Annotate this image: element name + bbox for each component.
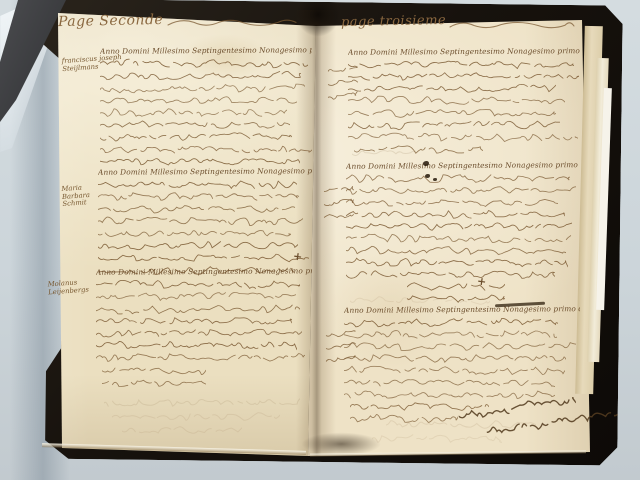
spine-shadow (294, 2, 342, 44)
entry-opening-line: Anno Domini Millesimo Septingentesimo No… (98, 166, 312, 176)
margin-note: MolanusLeijenbergs (48, 279, 90, 297)
cross-mark: + (292, 251, 303, 262)
handwriting-line (102, 378, 206, 389)
handwriting-line (407, 282, 505, 292)
handwriting-line (100, 96, 297, 106)
handwriting-line (100, 120, 290, 130)
handwriting-line (346, 245, 566, 256)
handwriting-line (346, 174, 570, 184)
handwriting-line (100, 83, 305, 94)
handwriting-line (98, 229, 291, 240)
handwriting-line (102, 366, 206, 377)
handwriting-line (346, 257, 568, 268)
handwriting-line (348, 83, 556, 94)
handwriting-line (344, 354, 566, 364)
bleed-through-line (386, 420, 536, 430)
handwriting-line (346, 233, 571, 244)
handwriting-line (98, 180, 297, 191)
entry-opening-line: Anno Domini Millesimo Septingentesimo No… (346, 160, 580, 171)
handwriting-line (346, 222, 572, 232)
handwriting-line (346, 209, 565, 221)
ink-blot (423, 161, 429, 166)
handwriting-line (348, 95, 565, 106)
handwriting-line (96, 353, 305, 363)
handwriting-line (348, 72, 579, 82)
handwriting-line (96, 304, 300, 316)
ink-blot (425, 174, 430, 178)
handwriting-line (344, 365, 565, 376)
handwriting-line (344, 330, 557, 341)
handwriting-line (348, 132, 578, 144)
page-heading-left: Page Seconde (58, 12, 164, 30)
handwriting-line (344, 390, 555, 401)
handwriting-line (96, 340, 297, 351)
handwriting-line (344, 342, 576, 352)
handwriting-line (98, 216, 303, 227)
handwriting-line (346, 197, 558, 208)
handwriting-line (100, 131, 292, 143)
bleed-through-line (122, 426, 242, 436)
handwriting-line (344, 317, 558, 328)
entry-opening-line: Anno Domini Millesimo Septingentesimo No… (96, 266, 312, 277)
handwriting-line (98, 192, 299, 202)
handwriting-line (96, 317, 292, 327)
margin-note: MariaBarbaraSchmit (61, 184, 91, 209)
handwriting-line (348, 59, 574, 70)
cross-mark: + (476, 276, 487, 287)
bleed-through-line (350, 296, 490, 306)
ink-blot (433, 178, 437, 181)
handwriting-line (100, 58, 308, 70)
handwriting-line (96, 291, 296, 302)
handwriting-line (98, 204, 295, 215)
bleed-through-line (104, 398, 300, 408)
handwriting-line (346, 186, 576, 196)
entry-opening-line: Anno Domini Millesimo Septingentesimo No… (348, 46, 580, 57)
handwriting-line (98, 252, 309, 263)
handwriting-line (348, 109, 556, 119)
handwriting-line (98, 240, 298, 252)
handwriting-line (348, 120, 560, 132)
handwriting-line (96, 280, 300, 291)
handwriting-line (96, 328, 302, 339)
entry-opening-line: Anno Domini Millesimo Septingentesimo No… (100, 45, 312, 55)
handwriting-line (344, 378, 555, 389)
handwriting-line (100, 71, 301, 82)
bleed-through-line (352, 149, 416, 159)
handwriting-line (100, 144, 312, 155)
handwriting-line (346, 270, 555, 280)
page-heading-right: page troisieme (341, 13, 446, 30)
manuscript-photo: Page Seconde page troisieme Anno Domini … (0, 0, 640, 480)
bleed-through-line (372, 434, 502, 444)
handwriting-line (100, 108, 287, 118)
bleed-through-line (112, 412, 280, 422)
